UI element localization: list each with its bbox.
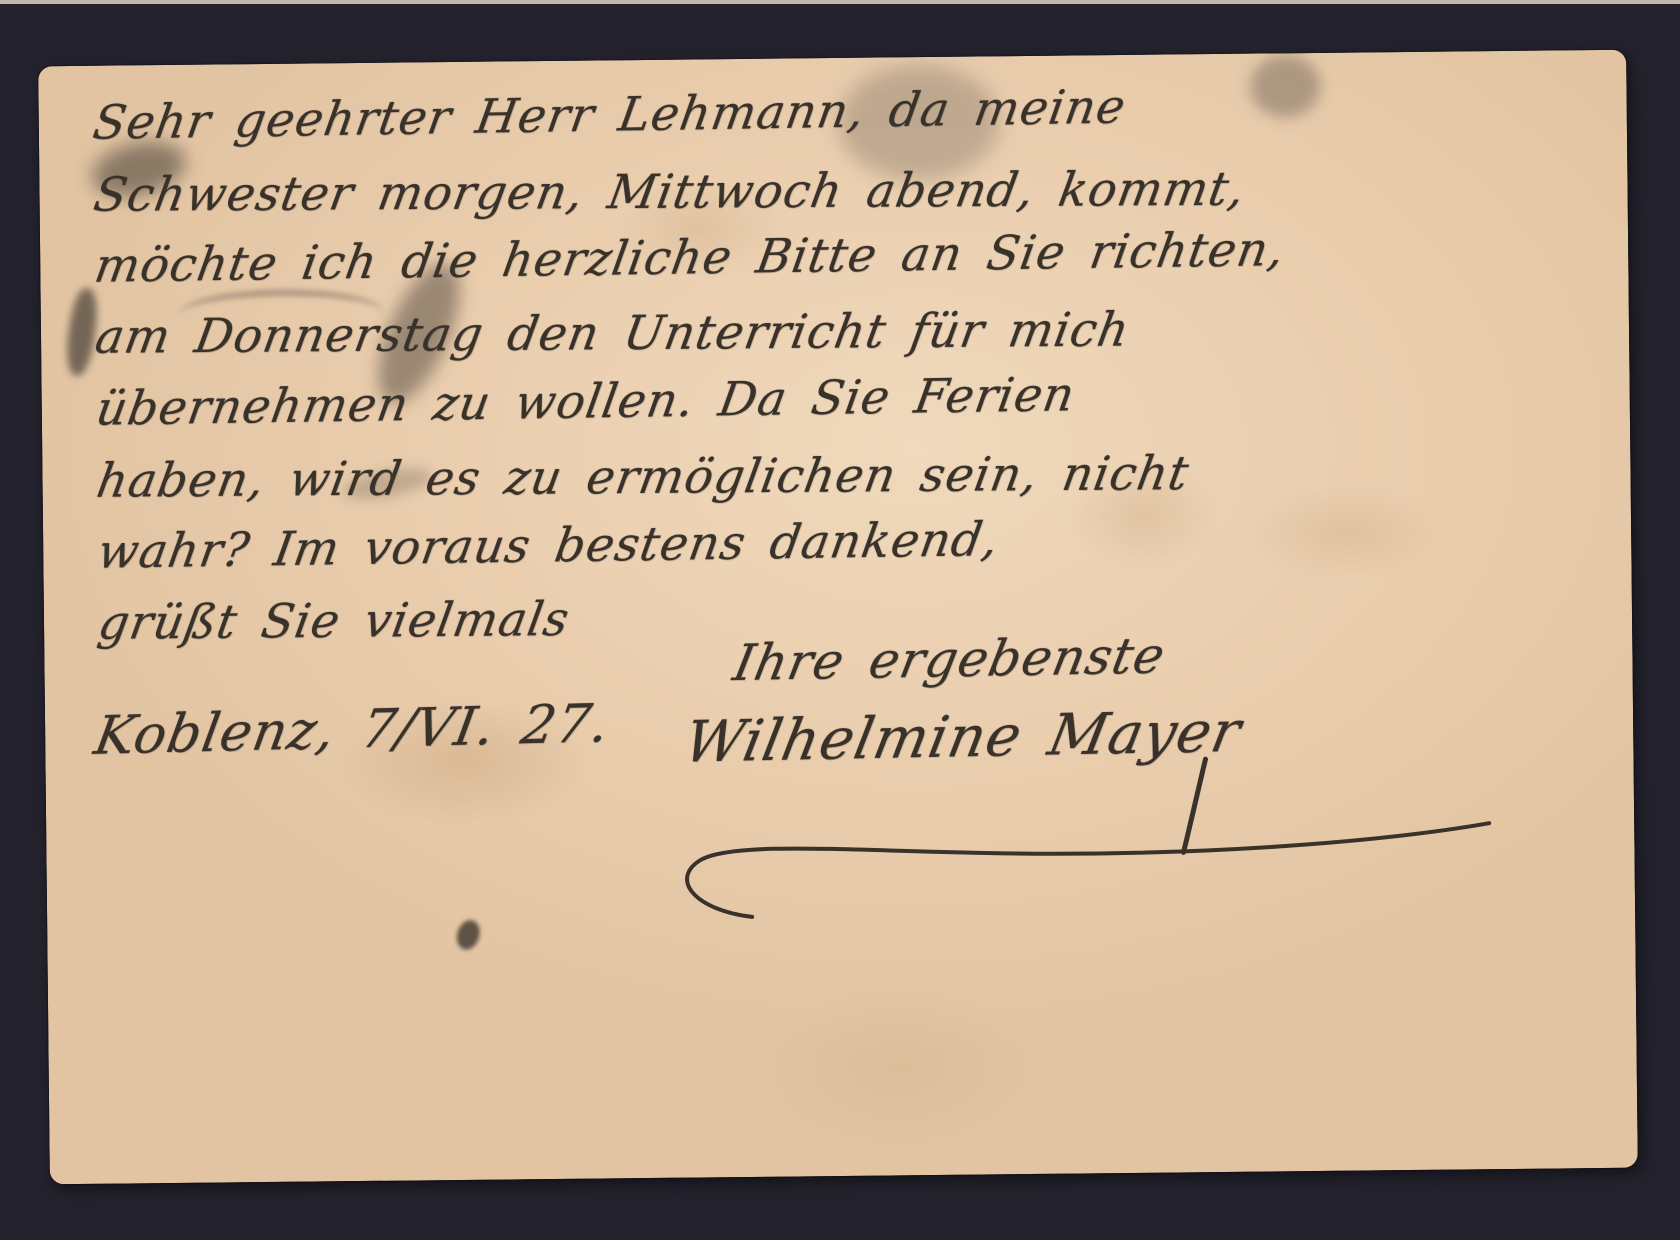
letter-line: wahr? Im voraus bestens dankend, (94, 504, 1619, 580)
letter-closing: Ihre ergebenste (729, 627, 1170, 693)
scan-edge (0, 0, 1680, 4)
letter-line: möchte ich die herzliche Bitte an Sie ri… (91, 218, 1616, 294)
letter-line: am Donnerstag den Unterricht für mich (91, 299, 1614, 365)
letter-dateline: Koblenz, 7/VI. 27. (90, 693, 614, 767)
signature-flourish (630, 751, 1512, 930)
letter-line: Sehr geehrter Herr Lehmann, da meine (89, 72, 1614, 151)
ink-spot (453, 917, 483, 952)
letter-line: haben, wird es zu ermöglichen sein, nich… (93, 443, 1616, 509)
letter-line: Schwester morgen, Mittwoch abend, kommt, (90, 160, 1613, 223)
handwritten-postcard: Sehr geehrter Herr Lehmann, da meine Sch… (38, 50, 1638, 1185)
letter-line: übernehmen zu wollen. Da Sie Ferien (92, 359, 1617, 437)
